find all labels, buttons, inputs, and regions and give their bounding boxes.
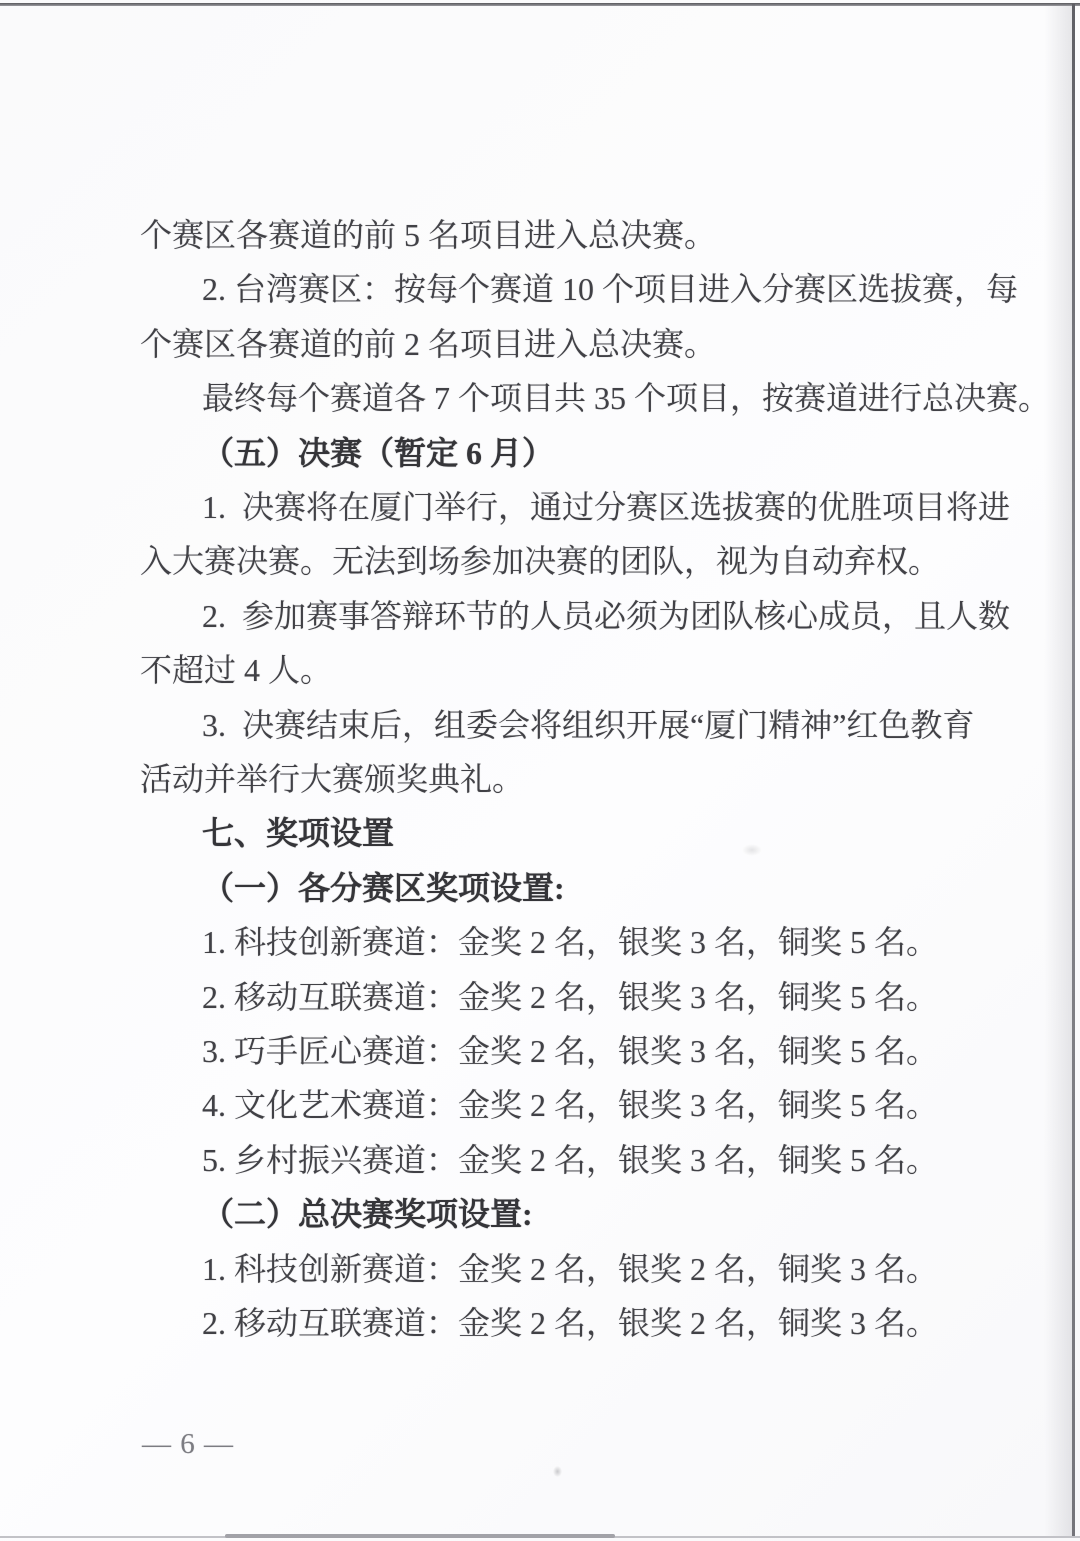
scan-artifact: [553, 1466, 562, 1477]
line-continuation-final-item2: 不超过 4 人。: [140, 648, 1050, 692]
line-continuation-top5: 个赛区各赛道的前 5 名项目进入总决赛。: [140, 213, 1050, 257]
page-top-edge: [0, 3, 1080, 6]
para-final-summary: 最终每个赛道各 7 个项目共 35 个项目，按赛道进行总决赛。: [140, 376, 1050, 420]
para-final-item2: 2. 参加赛事答辩环节的人员必须为团队核心成员，且人数: [140, 594, 1050, 638]
page-right-edge: [1072, 4, 1075, 1537]
award-item-finals-2: 2. 移动互联赛道：金奖 2 名，银奖 2 名，铜奖 3 名。: [140, 1301, 1050, 1345]
page-number: — 6 —: [142, 1426, 234, 1462]
heading-regional-awards: （一）各分赛区奖项设置:: [140, 866, 1050, 910]
award-item-regional-3: 3. 巧手匠心赛道：金奖 2 名，银奖 3 名，铜奖 5 名。: [140, 1029, 1050, 1073]
page-bottom-edge-dark: [225, 1534, 615, 1538]
award-item-finals-1: 1. 科技创新赛道：金奖 2 名，银奖 2 名，铜奖 3 名。: [140, 1247, 1050, 1291]
line-continuation-final-item1: 入大赛决赛。无法到场参加决赛的团队，视为自动弃权。: [140, 539, 1050, 583]
award-item-regional-5: 5. 乡村振兴赛道：金奖 2 名，银奖 3 名，铜奖 5 名。: [140, 1138, 1050, 1182]
para-final-item3: 3. 决赛结束后，组委会将组织开展“厦门精神”红色教育: [140, 703, 1050, 747]
heading-awards-setup: 七、奖项设置: [140, 811, 1050, 855]
award-item-regional-2: 2. 移动互联赛道：金奖 2 名，银奖 3 名，铜奖 5 名。: [140, 975, 1050, 1019]
line-continuation-final-item3: 活动并举行大赛颁奖典礼。: [140, 757, 1050, 801]
para-taiwan-region: 2. 台湾赛区：按每个赛道 10 个项目进入分赛区选拔赛，每: [140, 267, 1050, 311]
award-item-regional-1: 1. 科技创新赛道：金奖 2 名，银奖 3 名，铜奖 5 名。: [140, 920, 1050, 964]
line-continuation-top2: 个赛区各赛道的前 2 名项目进入总决赛。: [140, 322, 1050, 366]
heading-section5-final: （五）决赛（暂定 6 月）: [140, 431, 1050, 475]
para-final-item1: 1. 决赛将在厦门举行，通过分赛区选拔赛的优胜项目将进: [140, 485, 1050, 529]
heading-finals-awards: （二）总决赛奖项设置:: [140, 1192, 1050, 1236]
scanned-document-page: 个赛区各赛道的前 5 名项目进入总决赛。 2. 台湾赛区：按每个赛道 10 个项…: [0, 0, 1080, 1541]
award-item-regional-4: 4. 文化艺术赛道：金奖 2 名，银奖 3 名，铜奖 5 名。: [140, 1083, 1050, 1127]
